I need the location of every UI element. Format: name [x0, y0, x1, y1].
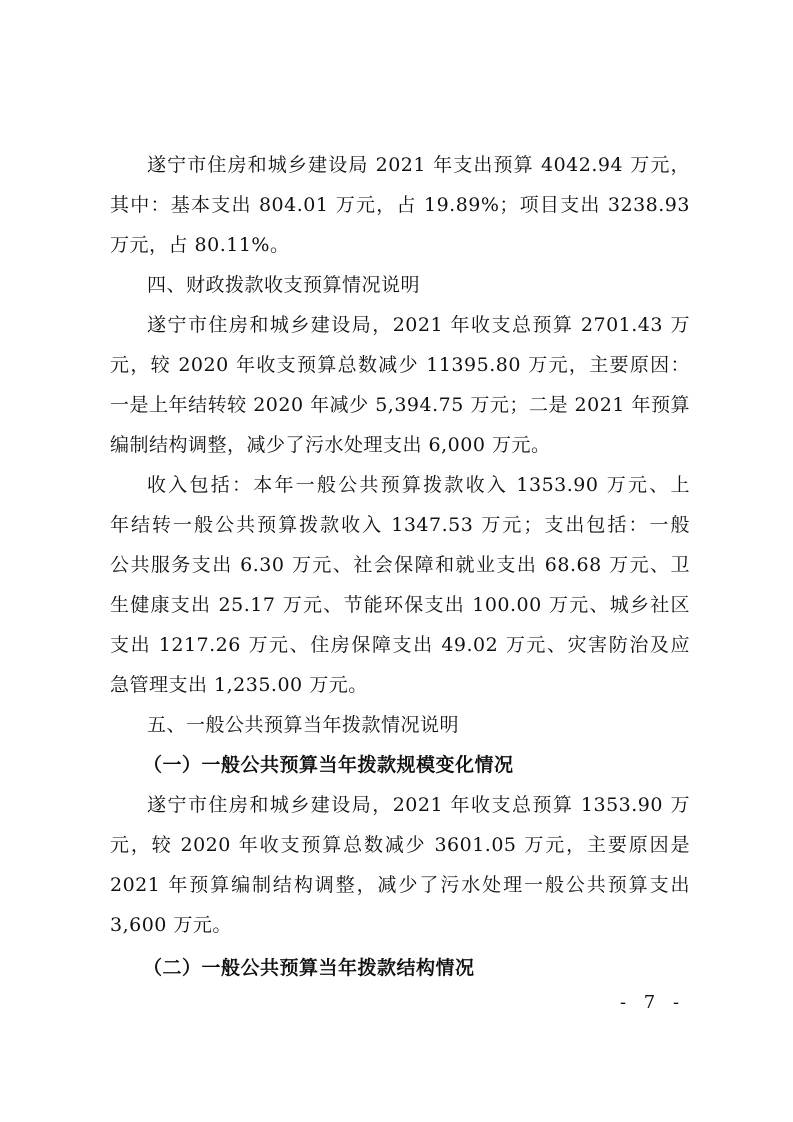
subsection-heading-2: （二）一般公共预算当年拨款结构情况	[143, 955, 475, 981]
subsection-heading-1: （一）一般公共预算当年拨款规模变化情况	[143, 752, 514, 778]
paragraph-line: 支出 1217.26 万元、住房保障支出 49.02 万元、灾害防治及应	[110, 632, 690, 658]
paragraph-line: 生健康支出 25.17 万元、节能环保支出 100.00 万元、城乡社区	[110, 592, 690, 618]
page-number: - 7 -	[620, 992, 685, 1013]
paragraph-line: 急管理支出 1,235.00 万元。	[110, 672, 690, 698]
section-heading-5: 五、一般公共预算当年拨款情况说明	[147, 712, 459, 738]
paragraph-line: 3,600 万元。	[110, 912, 690, 938]
paragraph-line: 2021 年预算编制结构调整，减少了污水处理一般公共预算支出	[110, 872, 690, 898]
paragraph-line: 遂宁市住房和城乡建设局，2021 年收支总预算 2701.43 万	[147, 312, 690, 338]
paragraph-line: 元，较 2020 年收支预算总数减少 3601.05 万元，主要原因是	[110, 832, 690, 858]
paragraph-line: 万元，占 80.11%。	[110, 232, 690, 258]
section-heading-4: 四、财政拨款收支预算情况说明	[147, 272, 420, 298]
paragraph-line: 编制结构调整，减少了污水处理支出 6,000 万元。	[110, 432, 690, 458]
paragraph-line: 一是上年结转较 2020 年减少 5,394.75 万元；二是 2021 年预算	[110, 392, 690, 418]
paragraph-line: 公共服务支出 6.30 万元、社会保障和就业支出 68.68 万元、卫	[110, 552, 690, 578]
paragraph-line: 遂宁市住房和城乡建设局，2021 年收支总预算 1353.90 万	[147, 792, 690, 818]
paragraph-line: 其中：基本支出 804.01 万元，占 19.89%；项目支出 3238.93	[110, 192, 690, 218]
paragraph-line: 收入包括：本年一般公共预算拨款收入 1353.90 万元、上	[147, 472, 690, 498]
paragraph-line: 年结转一般公共预算拨款收入 1347.53 万元；支出包括：一般	[110, 512, 690, 538]
paragraph-line: 遂宁市住房和城乡建设局 2021 年支出预算 4042.94 万元，	[147, 152, 690, 178]
document-page: 遂宁市住房和城乡建设局 2021 年支出预算 4042.94 万元， 其中：基本…	[0, 0, 793, 1122]
paragraph-line: 元，较 2020 年收支预算总数减少 11395.80 万元，主要原因：	[110, 352, 690, 378]
